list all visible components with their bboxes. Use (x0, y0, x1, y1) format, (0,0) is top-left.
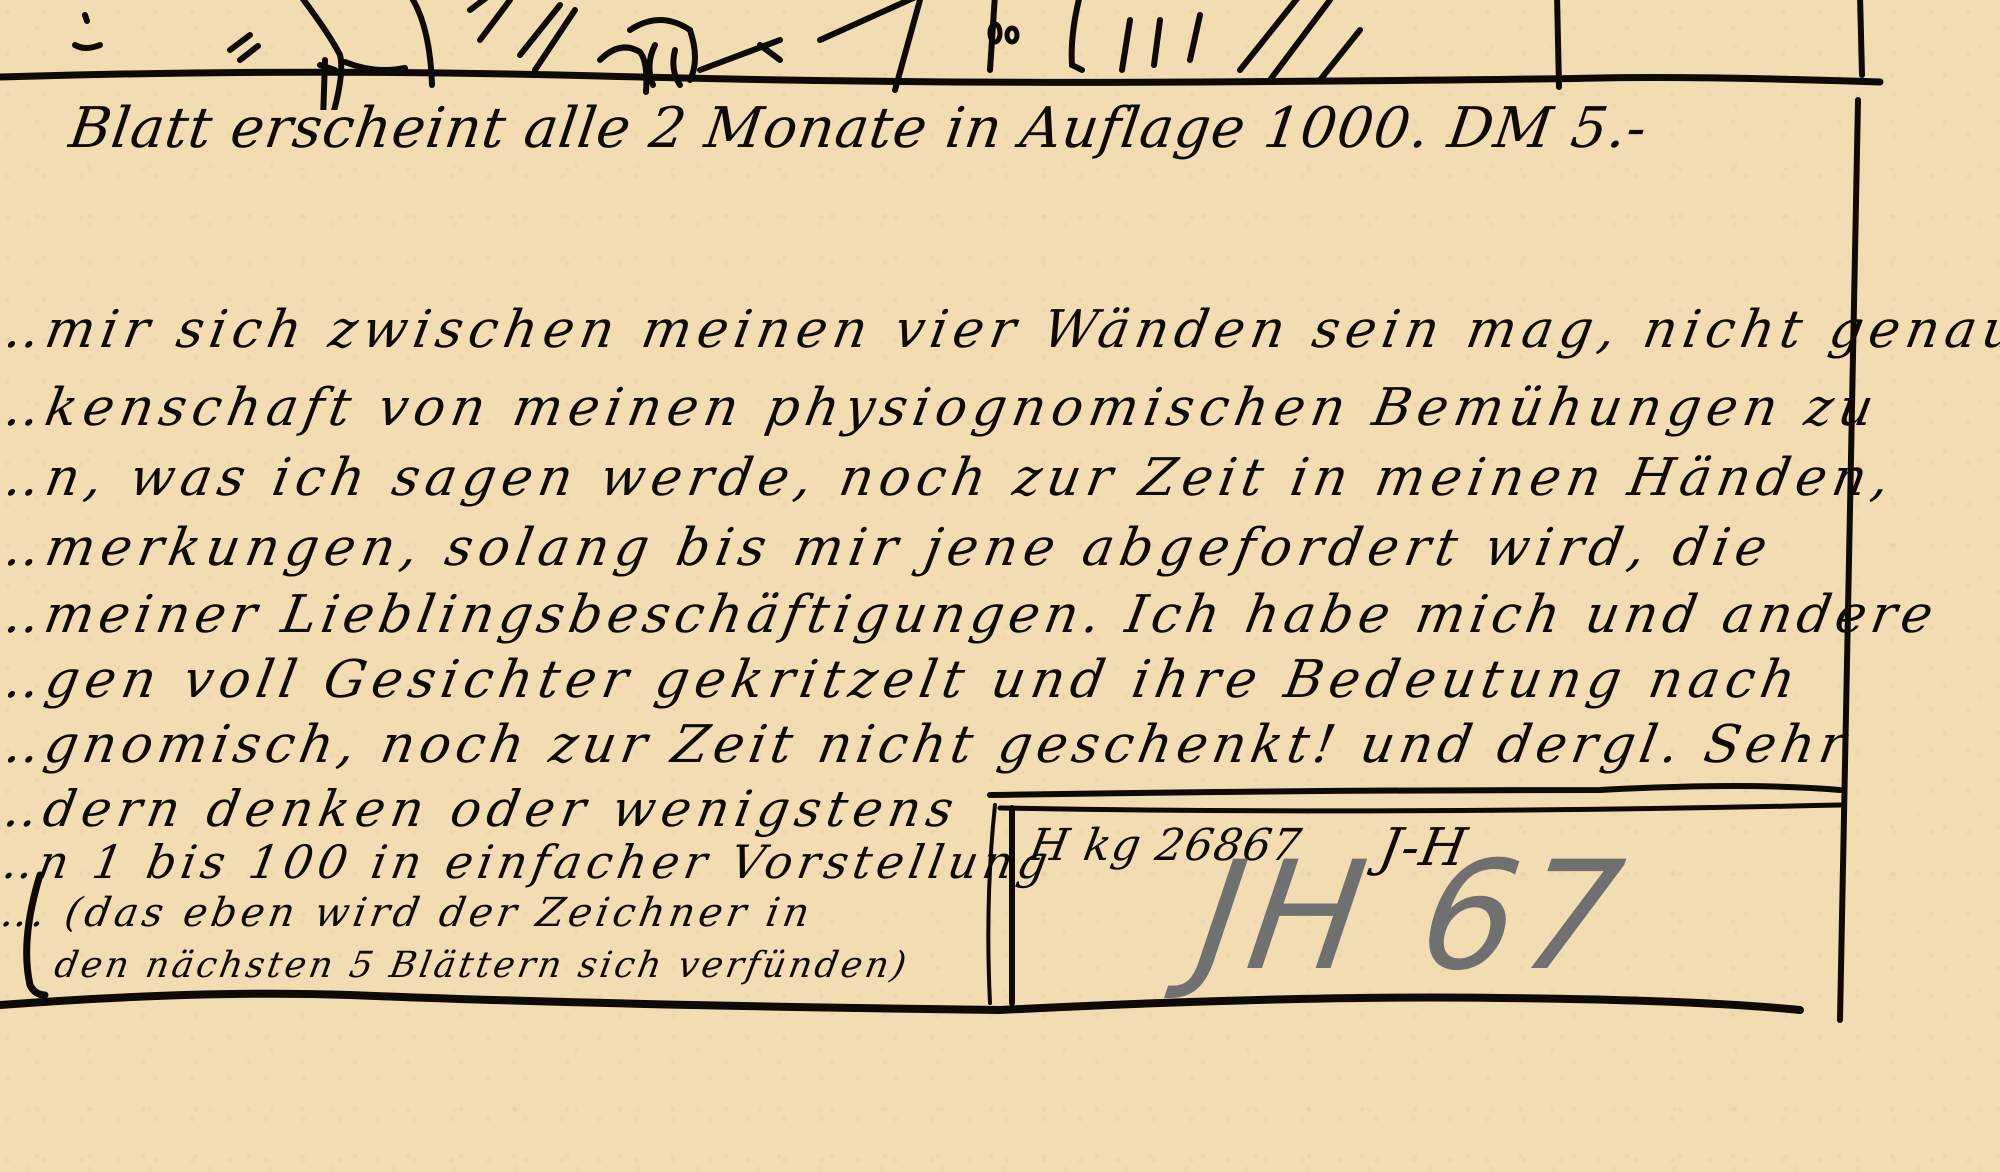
publication-heading: Blatt erscheint alle 2 Monate in Auflage… (65, 96, 1651, 161)
pencil-signature: JH 67 (1188, 830, 1638, 1004)
body-line-10: …. (das eben wird der Zeichner in (0, 890, 817, 936)
body-line-4: …merkungen, solang bis mir jene abgeford… (0, 518, 1778, 578)
body-line-8: …dern denken oder wenigstens (0, 780, 964, 838)
body-line-7: …gnomisch, noch zur Zeit nicht geschenkt… (0, 715, 1855, 775)
body-line-3: …n, was ich sagen werde, noch zur Zeit i… (0, 448, 1900, 508)
body-line-1: …mir sich zwischen meinen vier Wänden se… (0, 300, 2000, 360)
body-line-6: …gen voll Gesichter gekritzelt und ihre … (0, 650, 1806, 710)
body-line-5: …meiner Lieblingsbeschäftigungen. Ich ha… (0, 585, 1942, 645)
body-line-9: …n 1 bis 100 in einfacher Vorstellung (0, 835, 1057, 889)
body-line-2: …kenschaft von meinen physiognomischen B… (0, 378, 1884, 438)
body-line-11: den nächsten 5 Blättern sich verfünden) (51, 945, 912, 986)
